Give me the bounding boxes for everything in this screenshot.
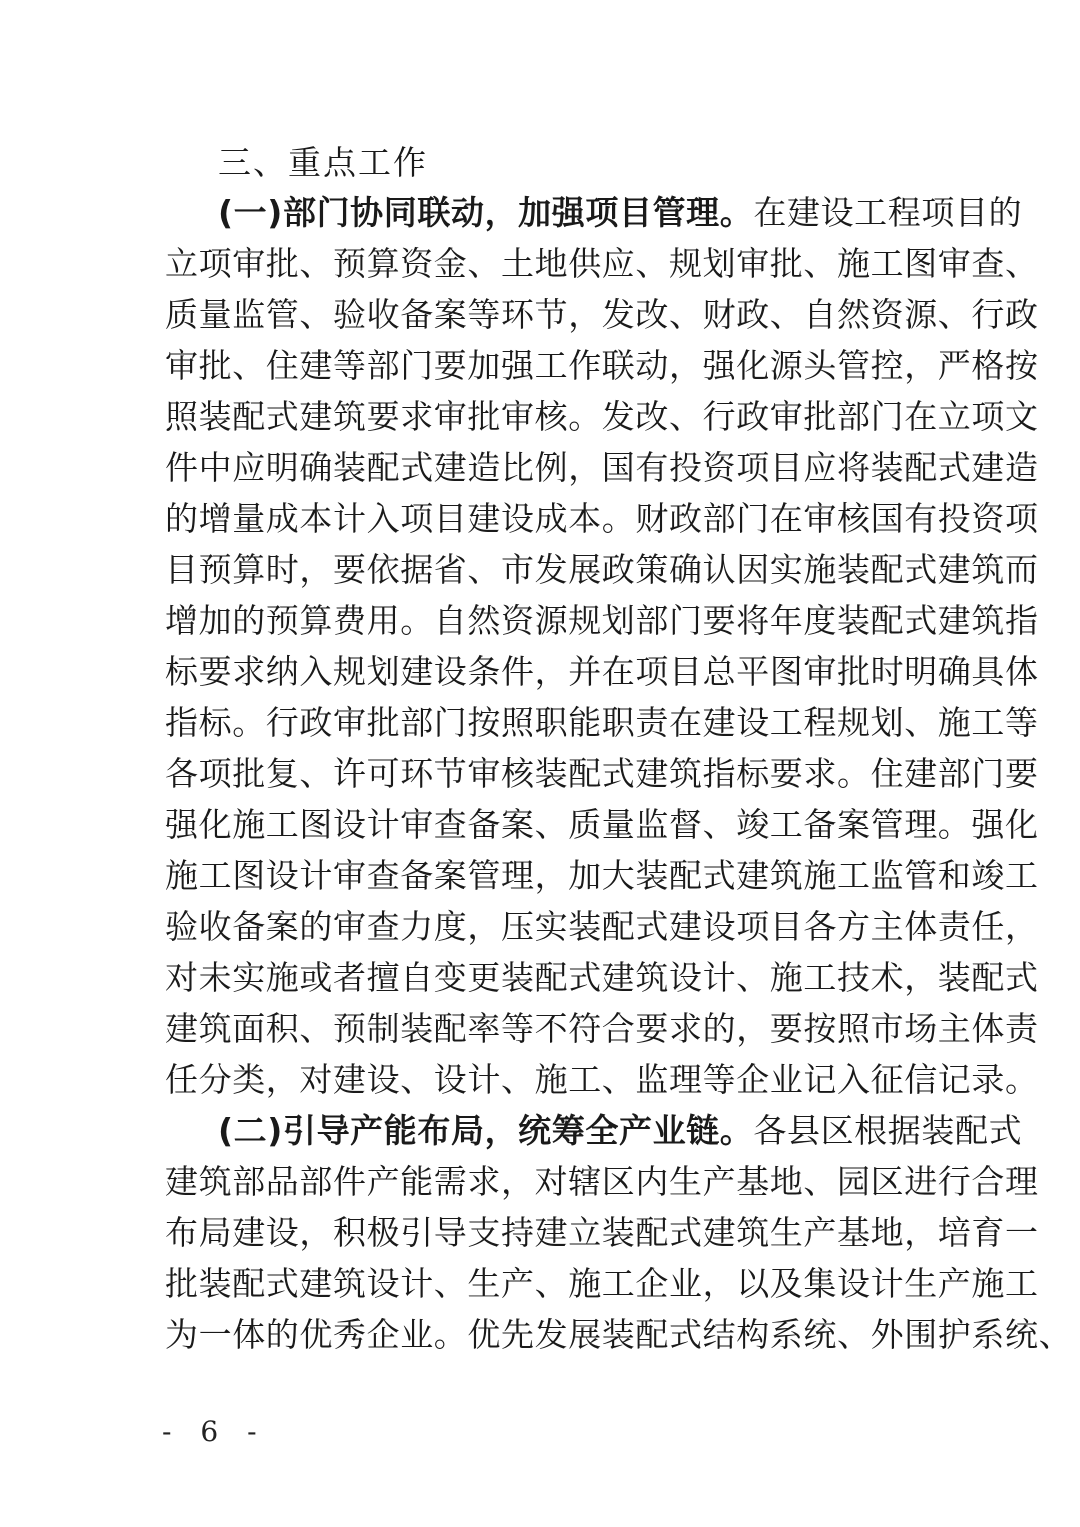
paragraph-1-title: (一)部门协同联动，加强项目管理。	[218, 193, 753, 232]
document-page: 三、重点工作 (一)部门协同联动，加强项目管理。在建设工程项目的 立项审批、预算…	[0, 0, 1080, 1527]
paragraph-1-line: 建筑面积、预制装配率等不符合要求的，要按照市场主体责	[165, 1009, 917, 1049]
paragraph-2-line: 为一体的优秀企业。优先发展装配式结构系统、外围护系统、	[165, 1315, 917, 1355]
section-heading: 三、重点工作	[218, 143, 428, 183]
paragraph-2-line: 批装配式建筑设计、生产、施工企业，以及集设计生产施工	[165, 1264, 917, 1304]
paragraph-1-line: 指标。行政审批部门按照职能职责在建设工程规划、施工等	[165, 703, 917, 743]
paragraph-1-line-0: 在建设工程项目的	[753, 193, 1022, 232]
paragraph-2-first-line: (二)引导产能布局，统筹全产业链。各县区根据装配式	[218, 1111, 917, 1151]
paragraph-1-line: 增加的预算费用。自然资源规划部门要将年度装配式建筑指	[165, 601, 917, 641]
paragraph-1-line: 照装配式建筑要求审批审核。发改、行政审批部门在立项文	[165, 397, 917, 437]
page-number: - 6 -	[162, 1414, 267, 1450]
paragraph-2-line: 建筑部品部件产能需求，对辖区内生产基地、园区进行合理	[165, 1162, 917, 1202]
paragraph-1-first-line: (一)部门协同联动，加强项目管理。在建设工程项目的	[218, 193, 917, 233]
paragraph-1-line: 审批、住建等部门要加强工作联动，强化源头管控，严格按	[165, 346, 917, 386]
paragraph-1-line: 目预算时，要依据省、市发展政策确认因实施装配式建筑而	[165, 550, 917, 590]
paragraph-1-line: 的增量成本计入项目建设成本。财政部门在审核国有投资项	[165, 499, 917, 539]
paragraph-2-title: (二)引导产能布局，统筹全产业链。	[218, 1111, 753, 1150]
paragraph-1-line: 任分类，对建设、设计、施工、监理等企业记入征信记录。	[165, 1060, 917, 1100]
paragraph-2-line-0: 各县区根据装配式	[753, 1111, 1022, 1150]
paragraph-2-line: 布局建设，积极引导支持建立装配式建筑生产基地，培育一	[165, 1213, 917, 1253]
paragraph-1-line: 件中应明确装配式建造比例，国有投资项目应将装配式建造	[165, 448, 917, 488]
paragraph-1-line: 施工图设计审查备案管理，加大装配式建筑施工监管和竣工	[165, 856, 917, 896]
paragraph-1-line: 对未实施或者擅自变更装配式建筑设计、施工技术，装配式	[165, 958, 917, 998]
paragraph-1-line: 标要求纳入规划建设条件，并在项目总平图审批时明确具体	[165, 652, 917, 692]
paragraph-1-line: 各项批复、许可环节审核装配式建筑指标要求。住建部门要	[165, 754, 917, 794]
paragraph-1-line: 强化施工图设计审查备案、质量监督、竣工备案管理。强化	[165, 805, 917, 845]
paragraph-1-line: 验收备案的审查力度，压实装配式建设项目各方主体责任，	[165, 907, 917, 947]
paragraph-1-line: 立项审批、预算资金、土地供应、规划审批、施工图审查、	[165, 244, 917, 284]
paragraph-1-line: 质量监管、验收备案等环节，发改、财政、自然资源、行政	[165, 295, 917, 335]
